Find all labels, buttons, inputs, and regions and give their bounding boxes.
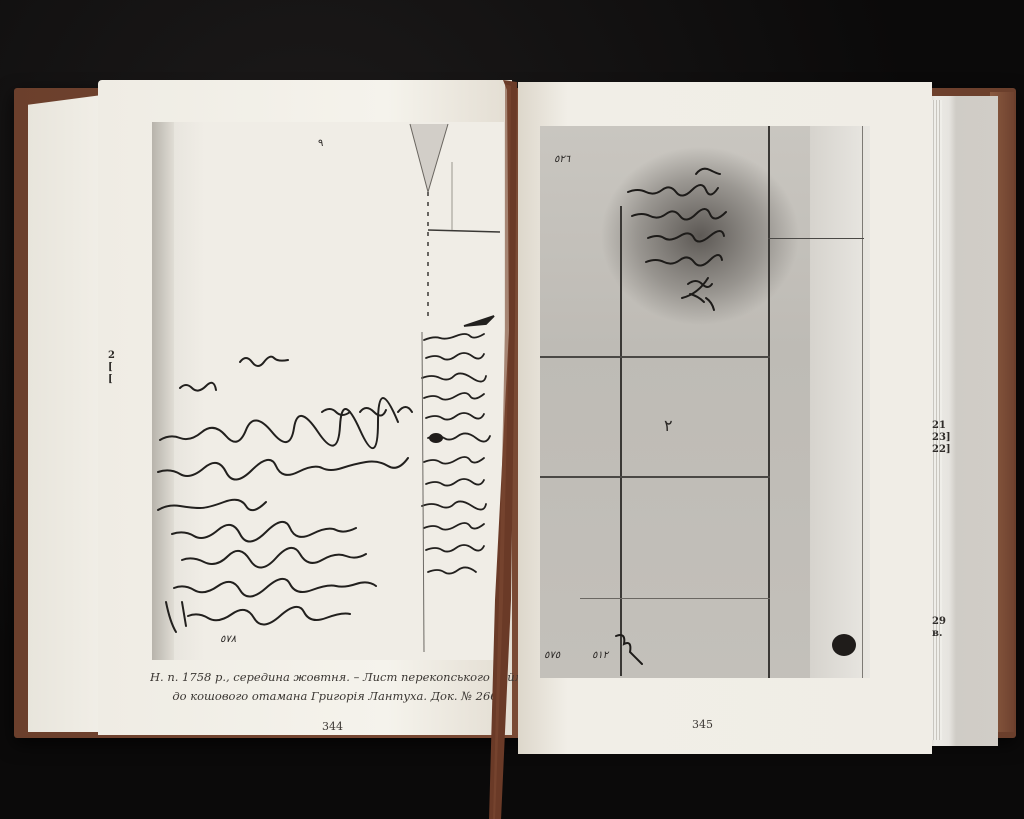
fold-number-mark: ٢ <box>664 416 673 435</box>
right-document-facsimile: ٥٢٦ ٢ ٥٧٥ ٥١٢ <box>540 126 870 678</box>
wax-seal-icon <box>832 634 856 656</box>
margin-fragment: 2 <box>108 350 115 362</box>
caption-line-2: до кошового отамана Григорія Лантуха. До… <box>150 687 520 706</box>
handwritten-address <box>540 126 870 678</box>
figure-caption: Н. п. 1758 р., середина жовтня. – Лист п… <box>150 668 520 706</box>
page-number-left: 344 <box>322 720 343 733</box>
margin-number: 29 <box>932 616 946 628</box>
margin-number: в. <box>932 628 946 640</box>
archive-mark: ٥١٢ <box>592 650 608 661</box>
page-number-right: 345 <box>692 718 713 731</box>
margin-number: 23] <box>932 432 951 444</box>
archive-mark: ٥٧٨ <box>220 634 236 645</box>
bookmark-ribbon <box>487 80 517 819</box>
right-margin-numbers-bottom: 29 в. <box>932 616 946 640</box>
margin-fragment: [ <box>108 362 115 374</box>
margin-fragment: [ <box>108 374 115 386</box>
archive-mark: ٥٧٥ <box>544 650 560 661</box>
margin-number: 21 <box>932 420 951 432</box>
right-margin-numbers-top: 21 23] 22] <box>932 420 951 456</box>
left-document-facsimile: ٩ <box>152 122 504 660</box>
caption-line-1: Н. п. 1758 р., середина жовтня. – Лист п… <box>150 668 520 687</box>
left-margin-fragments: 2 [ [ <box>108 350 115 386</box>
handwritten-text <box>152 122 504 660</box>
margin-number: 22] <box>932 444 951 456</box>
